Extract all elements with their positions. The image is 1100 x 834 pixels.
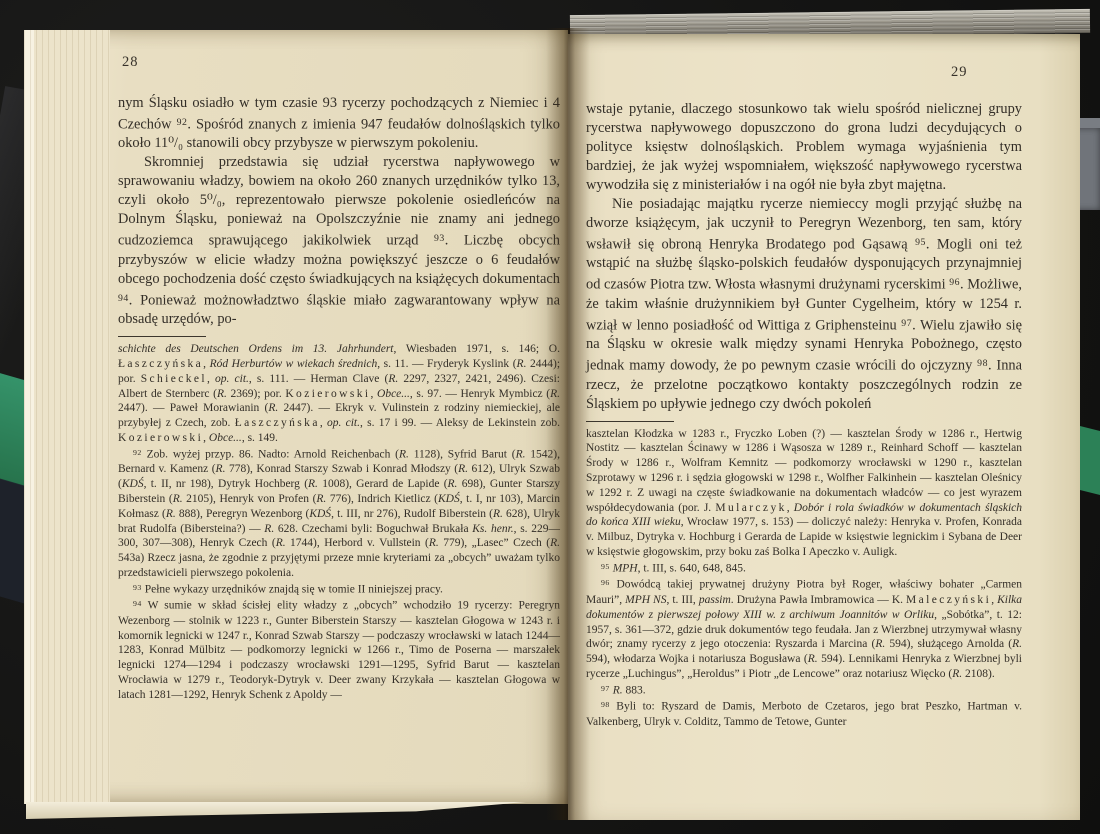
text-segment: Obce...: [377, 388, 410, 400]
text-segment: R.: [399, 449, 409, 461]
text-segment: Pełne wykazy urzędników znajdą się w tom…: [142, 583, 443, 595]
footnote: 95 MPH, t. III, s. 640, 648, 845.: [586, 560, 1022, 577]
page-number-left: 28: [122, 54, 139, 71]
text-segment: Mularczyk: [715, 502, 786, 514]
footnote-ref: 94: [118, 293, 129, 304]
footnote-ref: 98: [601, 700, 610, 709]
text-segment: R.: [216, 463, 226, 475]
text-segment: MPH NS: [625, 594, 666, 606]
text-segment: 778), Konrad Starszy Szwab i Konrad Młod…: [225, 463, 458, 475]
footnote-ref: 97: [901, 318, 912, 329]
text-segment: Obce...: [209, 432, 242, 444]
footnote: 96 Dowódcą takiej prywatnej drużyny Piot…: [586, 576, 1022, 681]
footnote: 93 Pełne wykazy urzędników znajdą się w …: [118, 581, 560, 598]
text-segment: , s. 17 i 99. — Aleksy de Lekinstein zob…: [360, 417, 560, 429]
text-segment: R.: [308, 478, 318, 490]
footnote-ref: 96: [949, 277, 960, 288]
footnote-ref: 92: [133, 448, 142, 457]
text-segment: Kozierowski: [118, 432, 203, 444]
text-segment: R.: [316, 493, 326, 505]
text-segment: R.: [276, 537, 286, 549]
right-footnotes: kasztelan Kłodzka w 1283 r., Fryczko Lob…: [586, 427, 1022, 730]
text-segment: R.: [875, 638, 885, 650]
left-footnotes: schichte des Deutschen Ordens im 13. Jah…: [118, 342, 560, 702]
footnote-ref: 97: [601, 684, 610, 693]
text-segment: , s. 11. — Fryderyk Kyslink (: [377, 358, 516, 370]
footnote-ref: 93: [133, 583, 142, 592]
text-segment: 1008), Gerard de Lapide (: [318, 478, 448, 490]
text-segment: R.: [493, 508, 503, 520]
text-segment: 888), Peregryn Wezenborg (: [176, 508, 310, 520]
text-segment: R.: [550, 537, 560, 549]
text-segment: , s. 149.: [242, 432, 278, 444]
footnote-ref: 98: [977, 358, 988, 369]
book-photo: 28 nym Śląsku osiadło w tym czasie 93 ry…: [0, 0, 1100, 834]
text-segment: Łaszczyńska: [118, 358, 203, 370]
text-segment: R.: [217, 388, 227, 400]
text-segment: Ród Herburtów w wiekach średnich: [210, 358, 378, 370]
footnote-ref: 93: [434, 233, 445, 244]
footnote-ref: 92: [177, 117, 188, 128]
text-segment: 2108).: [962, 668, 995, 680]
text-segment: Byli to: Ryszard de Damis, Merboto de Cz…: [586, 701, 1022, 728]
text-segment: 594), włodarza Wojka i notariusza Bogusł…: [586, 653, 808, 665]
text-segment: ,: [207, 373, 215, 385]
page-edges-bottom: [26, 802, 526, 819]
footnote: 98 Byli to: Ryszard de Damis, Merboto de…: [586, 698, 1022, 729]
text-segment: 594), służącego Arnolda (: [885, 638, 1012, 650]
footnote-separator-right: [586, 421, 674, 422]
text-segment: R.: [173, 493, 183, 505]
text-segment: Zob. wyżej przyp. 86. Nadto: Arnold Reic…: [142, 449, 399, 461]
page-number-right: 29: [951, 64, 968, 81]
footnote: schichte des Deutschen Ordens im 13. Jah…: [118, 342, 560, 446]
text-segment: ,: [320, 417, 327, 429]
text-segment: R.: [388, 373, 398, 385]
text-segment: R.: [458, 463, 468, 475]
text-segment: . Ponieważ możnowładztwo śląskie miało z…: [118, 292, 560, 327]
text-segment: 628. Czechami byli: Boguchwał Brukała: [274, 523, 472, 535]
text-segment: R.: [808, 653, 818, 665]
right-main-text: wstaje pytanie, dlaczego stosunkowo tak …: [586, 100, 1022, 414]
text-segment: 883.: [623, 684, 646, 696]
paragraph: Skromniej przedstawia się udział rycerst…: [118, 153, 560, 329]
text-segment: Maleczyński: [906, 594, 991, 606]
text-segment: 779), „Lasec” Czech (: [439, 537, 550, 549]
text-segment: R.: [550, 388, 560, 400]
text-segment: op. cit.: [327, 417, 360, 429]
footnote-ref: 94: [133, 599, 142, 608]
footnote-ref: 95: [601, 562, 610, 571]
paragraph: nym Śląsku osiadło w tym czasie 93 rycer…: [118, 94, 560, 153]
footnote-separator-left: [118, 336, 206, 337]
footnote: 94 W sumie w skład ścisłej elity władzy …: [118, 597, 560, 702]
footnote: 92 Zob. wyżej przyp. 86. Nadto: Arnold R…: [118, 446, 560, 581]
text-segment: 2369); por.: [227, 388, 285, 400]
left-text-column: nym Śląsku osiadło w tym czasie 93 rycer…: [118, 94, 560, 703]
text-segment: R.: [429, 537, 439, 549]
text-segment: R.: [516, 449, 526, 461]
text-segment: Łaszczyńska: [235, 417, 320, 429]
text-segment: W sumie w skład ścisłej elity władzy z „…: [118, 600, 560, 701]
page-right: 29 wstaje pytanie, dlaczego stosunkowo t…: [568, 34, 1080, 820]
text-segment: , s. 97. — Henryk Mymbicz (: [410, 388, 550, 400]
text-segment: R.: [952, 668, 962, 680]
text-segment: schichte des Deutschen Ordens im 13. Jah…: [118, 343, 394, 355]
right-text-column: wstaje pytanie, dlaczego stosunkowo tak …: [586, 100, 1022, 730]
left-main-text: nym Śląsku osiadło w tym czasie 93 rycer…: [118, 94, 560, 329]
text-segment: R.: [610, 684, 623, 696]
text-segment: ,: [787, 502, 794, 514]
text-segment: KDŚ: [309, 508, 331, 520]
text-segment: 776), Indrich Kietlicz (: [326, 493, 438, 505]
text-segment: R.: [166, 508, 176, 520]
text-segment: , t. III, s. 640, 648, 845.: [638, 563, 746, 575]
page-edges-left: [24, 30, 110, 804]
text-segment: op. cit.: [215, 373, 249, 385]
text-segment: . Drużyna Pawła Imbramowica — K.: [731, 594, 906, 606]
text-segment: Ks. henr.: [472, 523, 513, 535]
text-segment: R.: [268, 402, 278, 414]
text-segment: wstaje pytanie, dlaczego stosunkowo tak …: [586, 101, 1022, 193]
text-segment: , s. 111. — Herman Clave (: [249, 373, 388, 385]
paragraph: Nie posiadając majątku rycerze niemieccy…: [586, 195, 1022, 414]
footnote: kasztelan Kłodzka w 1283 r., Fryczko Lob…: [586, 427, 1022, 560]
footnote-ref: 95: [915, 237, 926, 248]
text-segment: R.: [1012, 638, 1022, 650]
text-segment: R.: [448, 478, 458, 490]
text-segment: KDŚ: [122, 478, 144, 490]
text-segment: R.: [264, 523, 274, 535]
text-segment: R.: [517, 358, 527, 370]
text-segment: , t. III, nr 276), Rudolf Biberstein (: [331, 508, 493, 520]
text-segment: passim: [699, 594, 731, 606]
text-segment: 2447). — Paweł Morawianin (: [118, 402, 268, 414]
text-segment: KDŚ: [438, 493, 460, 505]
paragraph: wstaje pytanie, dlaczego stosunkowo tak …: [586, 100, 1022, 195]
text-segment: , t. III,: [666, 594, 698, 606]
text-segment: 1128), Syfrid Barut (: [409, 449, 516, 461]
text-segment: 543a) Rzecz jasna, że zgodnie z przyjęty…: [118, 552, 560, 579]
footnote-ref: 96: [601, 578, 610, 587]
text-segment: , t. II, nr 198), Dytryk Hochberg (: [144, 478, 308, 490]
text-segment: 2105), Henryk von Profen (: [183, 493, 317, 505]
text-segment: Kozierowski: [285, 388, 370, 400]
text-segment: MPH: [610, 563, 638, 575]
text-segment: , Wiesbaden 1971, s. 146; O.: [394, 343, 560, 355]
text-segment: 1744), Herbord v. Vullstein (: [286, 537, 429, 549]
footnote: 97 R. 883.: [586, 682, 1022, 699]
page-left: 28 nym Śląsku osiadło w tym czasie 93 ry…: [24, 30, 568, 804]
text-segment: Schieckel: [141, 373, 207, 385]
